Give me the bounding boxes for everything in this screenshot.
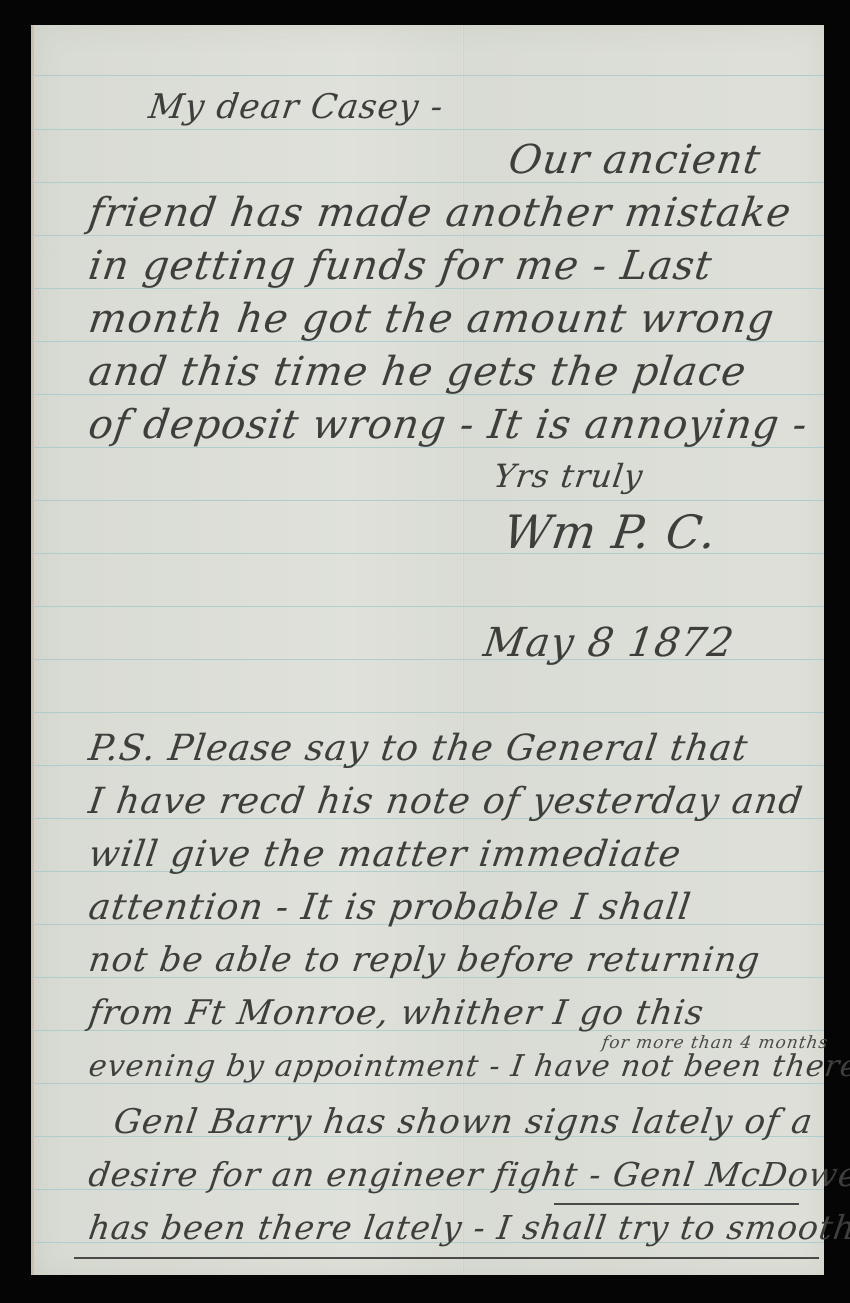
body-line: Our ancient <box>506 137 764 183</box>
postscript-line: I have recd his note of yesterday and <box>86 781 806 822</box>
underline-mark <box>554 1203 799 1205</box>
postscript-line: P.S. Please say to the General that <box>86 728 751 769</box>
underline-mark <box>74 1257 819 1259</box>
postscript-line: attention - It is probable I shall <box>86 887 694 928</box>
closing: Yrs truly <box>491 457 645 495</box>
letter-page: My dear Casey - Our ancient friend has m… <box>31 25 824 1275</box>
body-line: in getting funds for me - Last <box>86 243 715 289</box>
rule-line <box>34 606 824 607</box>
postscript-line: evening by appointment - I have not been… <box>87 1049 850 1084</box>
postscript-line: not be able to reply before returning <box>86 940 763 980</box>
postscript-line: has been there lately - I shall try to s… <box>86 1208 850 1247</box>
body-line: and this time he gets the place <box>86 349 750 395</box>
rule-line <box>34 712 824 713</box>
body-line: of deposit wrong - It is annoying - <box>86 402 811 448</box>
postscript-line: desire for an engineer fight - Genl McDo… <box>86 1155 850 1194</box>
rule-line <box>34 500 824 501</box>
postscript-line: will give the matter immediate <box>86 834 684 875</box>
rule-line <box>34 129 824 130</box>
postscript-line: Genl Barry has shown signs lately of a <box>111 1102 815 1142</box>
salutation: My dear Casey - <box>146 87 446 127</box>
body-line: friend has made another mistake <box>86 190 795 236</box>
signature: Wm P. C. <box>500 505 720 559</box>
rule-line <box>34 75 824 76</box>
letter-date: May 8 1872 <box>481 620 738 666</box>
body-line: month he got the amount wrong <box>86 296 778 342</box>
postscript-line: from Ft Monroe, whither I go this <box>86 993 706 1033</box>
